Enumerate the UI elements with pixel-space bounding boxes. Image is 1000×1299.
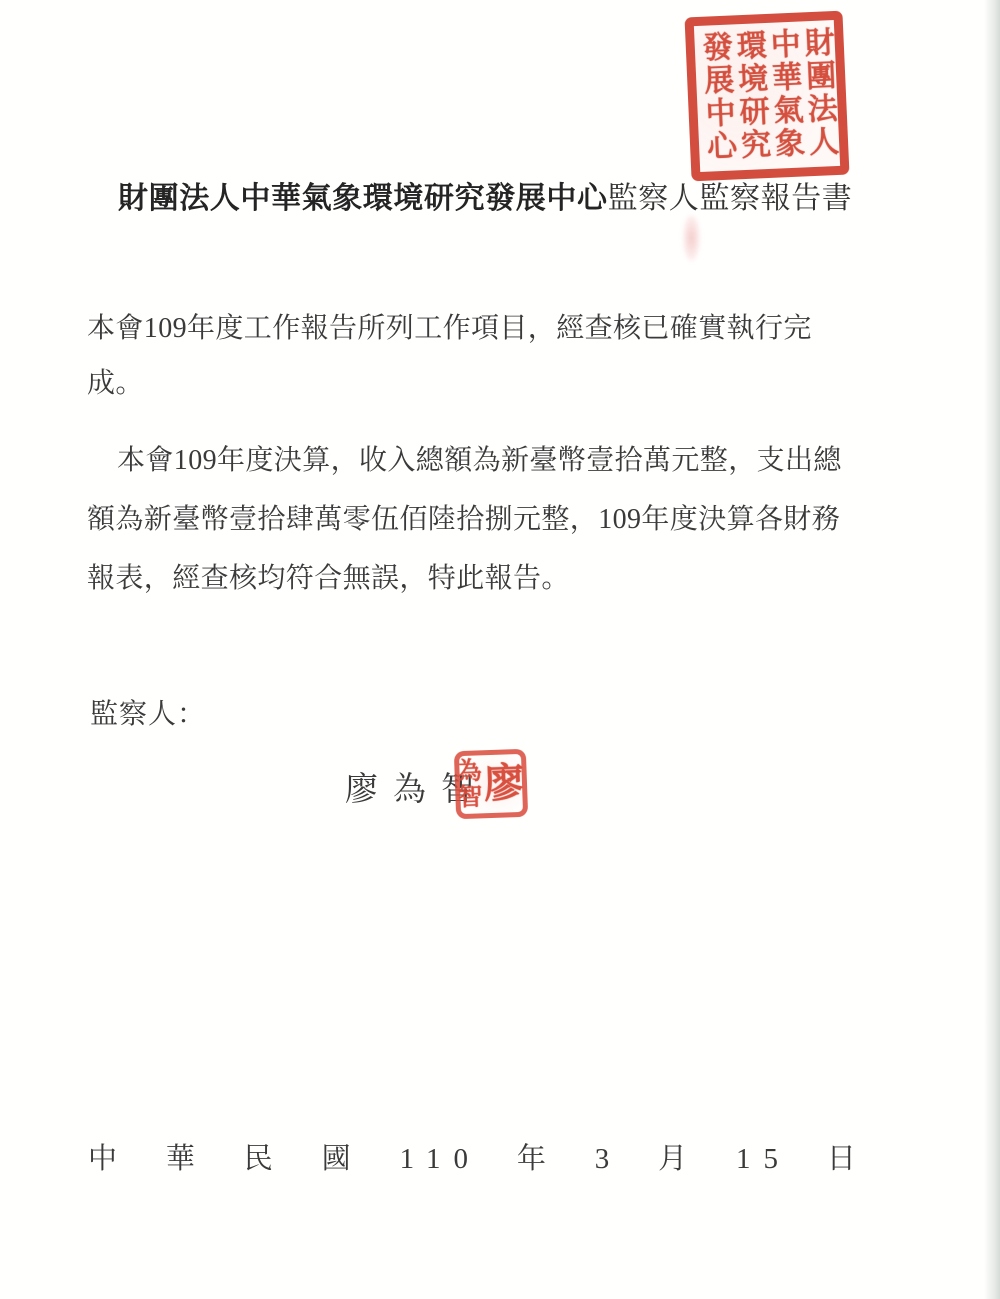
date-token: 國 (322, 1145, 351, 1174)
title-organization-name: 財團法人中華氣象環境研究發展中心 (118, 182, 608, 215)
supervisor-name-seal-stamp: 為 智 廖 (454, 749, 528, 819)
date-line: 中 華 民 國 110 年 3 月 15 日 (88, 1145, 856, 1174)
document-title: 財團法人中華氣象環境研究發展中心監察人監察報告書 (118, 184, 852, 214)
date-year-value: 110 (400, 1145, 481, 1174)
date-month-label: 月 (658, 1145, 687, 1174)
paragraph1-line1: 本會109年度工作報告所列工作項目，經查核已確實執行完 (87, 315, 812, 343)
supervisor-label: 監察人： (90, 701, 206, 729)
title-report-type: 監察人監察報告書 (608, 182, 853, 215)
ink-smudge (683, 215, 700, 261)
date-day-label: 日 (827, 1145, 856, 1174)
paragraph1-line2: 成。 (87, 370, 144, 398)
name-seal-char-right: 廖 (483, 763, 524, 804)
paragraph2-line1: 本會109年度決算，收入總額為新臺幣壹拾萬元整，支出總 (117, 447, 842, 475)
date-token: 民 (244, 1145, 273, 1174)
paragraph2-line3: 報表，經查核均符合無誤，特此報告。 (87, 565, 570, 593)
name-seal-char-top-left: 為 (457, 758, 482, 785)
organization-seal-text: 財團法人中華氣象環境研究發展中心 (696, 26, 838, 166)
date-month-value: 3 (595, 1145, 610, 1174)
date-token: 中 (88, 1145, 117, 1174)
organization-seal-stamp: 財團法人中華氣象環境研究發展中心 (684, 11, 849, 182)
name-seal-char-bottom-left: 智 (458, 784, 483, 811)
date-token: 華 (166, 1145, 195, 1174)
name-seal-left-column: 為 智 (457, 758, 483, 811)
scan-edge-artifact (984, 0, 1000, 1299)
scanned-report-page: 財團法人中華氣象環境研究發展中心 財團法人中華氣象環境研究發展中心監察人監察報告… (0, 0, 1000, 1299)
date-day-value: 15 (736, 1145, 791, 1174)
paragraph2-line2: 額為新臺幣壹拾肆萬零伍佰陸拾捌元整，109年度決算各財務 (87, 506, 840, 534)
date-year-label: 年 (517, 1145, 546, 1174)
